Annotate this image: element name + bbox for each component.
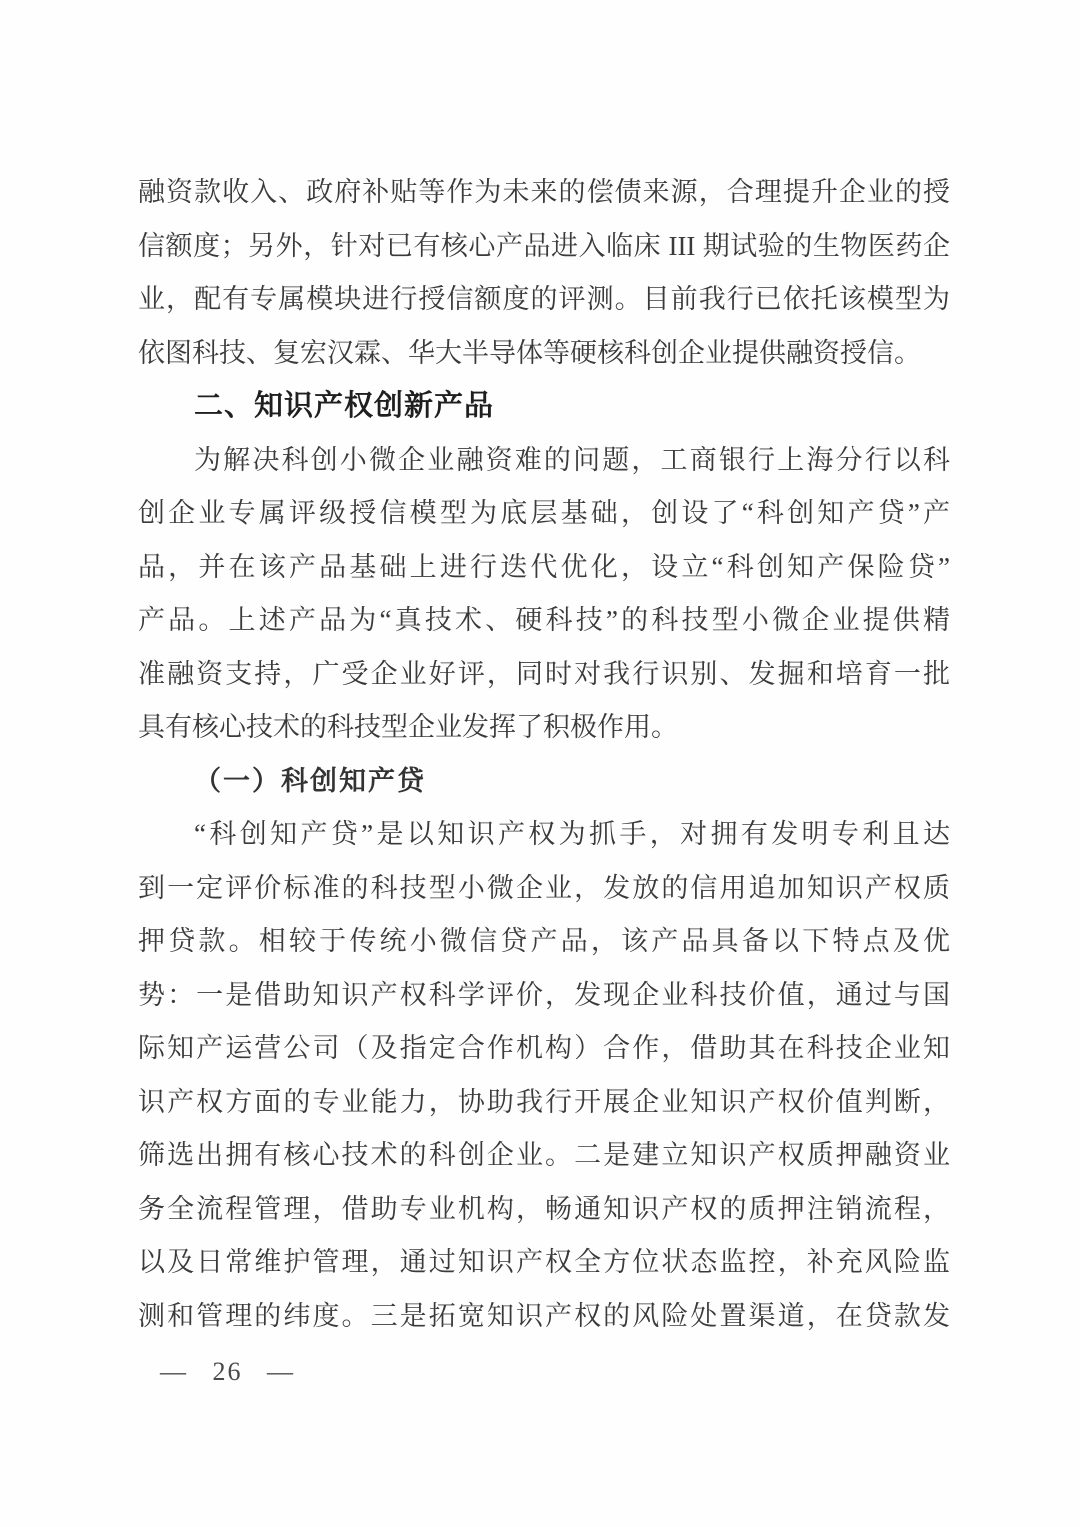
section-heading: 二、知识产权创新产品 [138,380,950,434]
body-line: 押贷款。相较于传统小微信贷产品，该产品具备以下特点及优 [138,915,950,969]
body-line: 势：一是借助知识产权科学评价，发现企业科技价值，通过与国 [138,969,950,1023]
body-line: 际知产运营公司（及指定合作机构）合作，借助其在科技企业知 [138,1022,950,1076]
body-line: 识产权方面的专业能力，协助我行开展企业知识产权价值判断， [138,1076,950,1130]
body-line: 融资款收入、政府补贴等作为未来的偿债来源，合理提升企业的授 [138,166,950,220]
body-line: “科创知产贷”是以知识产权为抓手，对拥有发明专利且达 [138,808,950,862]
body-line: 准融资支持，广受企业好评，同时对我行识别、发掘和培育一批 [138,648,950,702]
body-line: 为解决科创小微企业融资难的问题，工商银行上海分行以科 [138,434,950,488]
body-line: 业，配有专属模块进行授信额度的评测。目前我行已依托该模型为 [138,273,950,327]
document-page: 融资款收入、政府补贴等作为未来的偿债来源，合理提升企业的授 信额度；另外，针对已… [0,0,1080,1527]
body-line: 依图科技、复宏汉霖、华大半导体等硬核科创企业提供融资授信。 [138,327,950,381]
subsection-heading: （一）科创知产贷 [138,755,950,809]
body-line: 以及日常维护管理，通过知识产权全方位状态监控，补充风险监 [138,1236,950,1290]
body-line: 测和管理的纬度。三是拓宽知识产权的风险处置渠道，在贷款发 [138,1290,950,1344]
body-line: 信额度；另外，针对已有核心产品进入临床 III 期试验的生物医药企 [138,220,950,274]
body-line: 创企业专属评级授信模型为底层基础，创设了“科创知产贷”产 [138,487,950,541]
body-line: 具有核心技术的科技型企业发挥了积极作用。 [138,701,950,755]
page-number-footer: — 26 — [160,1352,295,1392]
body-line: 品，并在该产品基础上进行迭代优化，设立“科创知产保险贷” [138,541,950,595]
body-line: 筛选出拥有核心技术的科创企业。二是建立知识产权质押融资业 [138,1129,950,1183]
body-line: 产品。上述产品为“真技术、硬科技”的科技型小微企业提供精 [138,594,950,648]
body-line: 务全流程管理，借助专业机构，畅通知识产权的质押注销流程， [138,1183,950,1237]
document-body: 融资款收入、政府补贴等作为未来的偿债来源，合理提升企业的授 信额度；另外，针对已… [138,166,950,1343]
body-line: 到一定评价标准的科技型小微企业，发放的信用追加知识产权质 [138,862,950,916]
